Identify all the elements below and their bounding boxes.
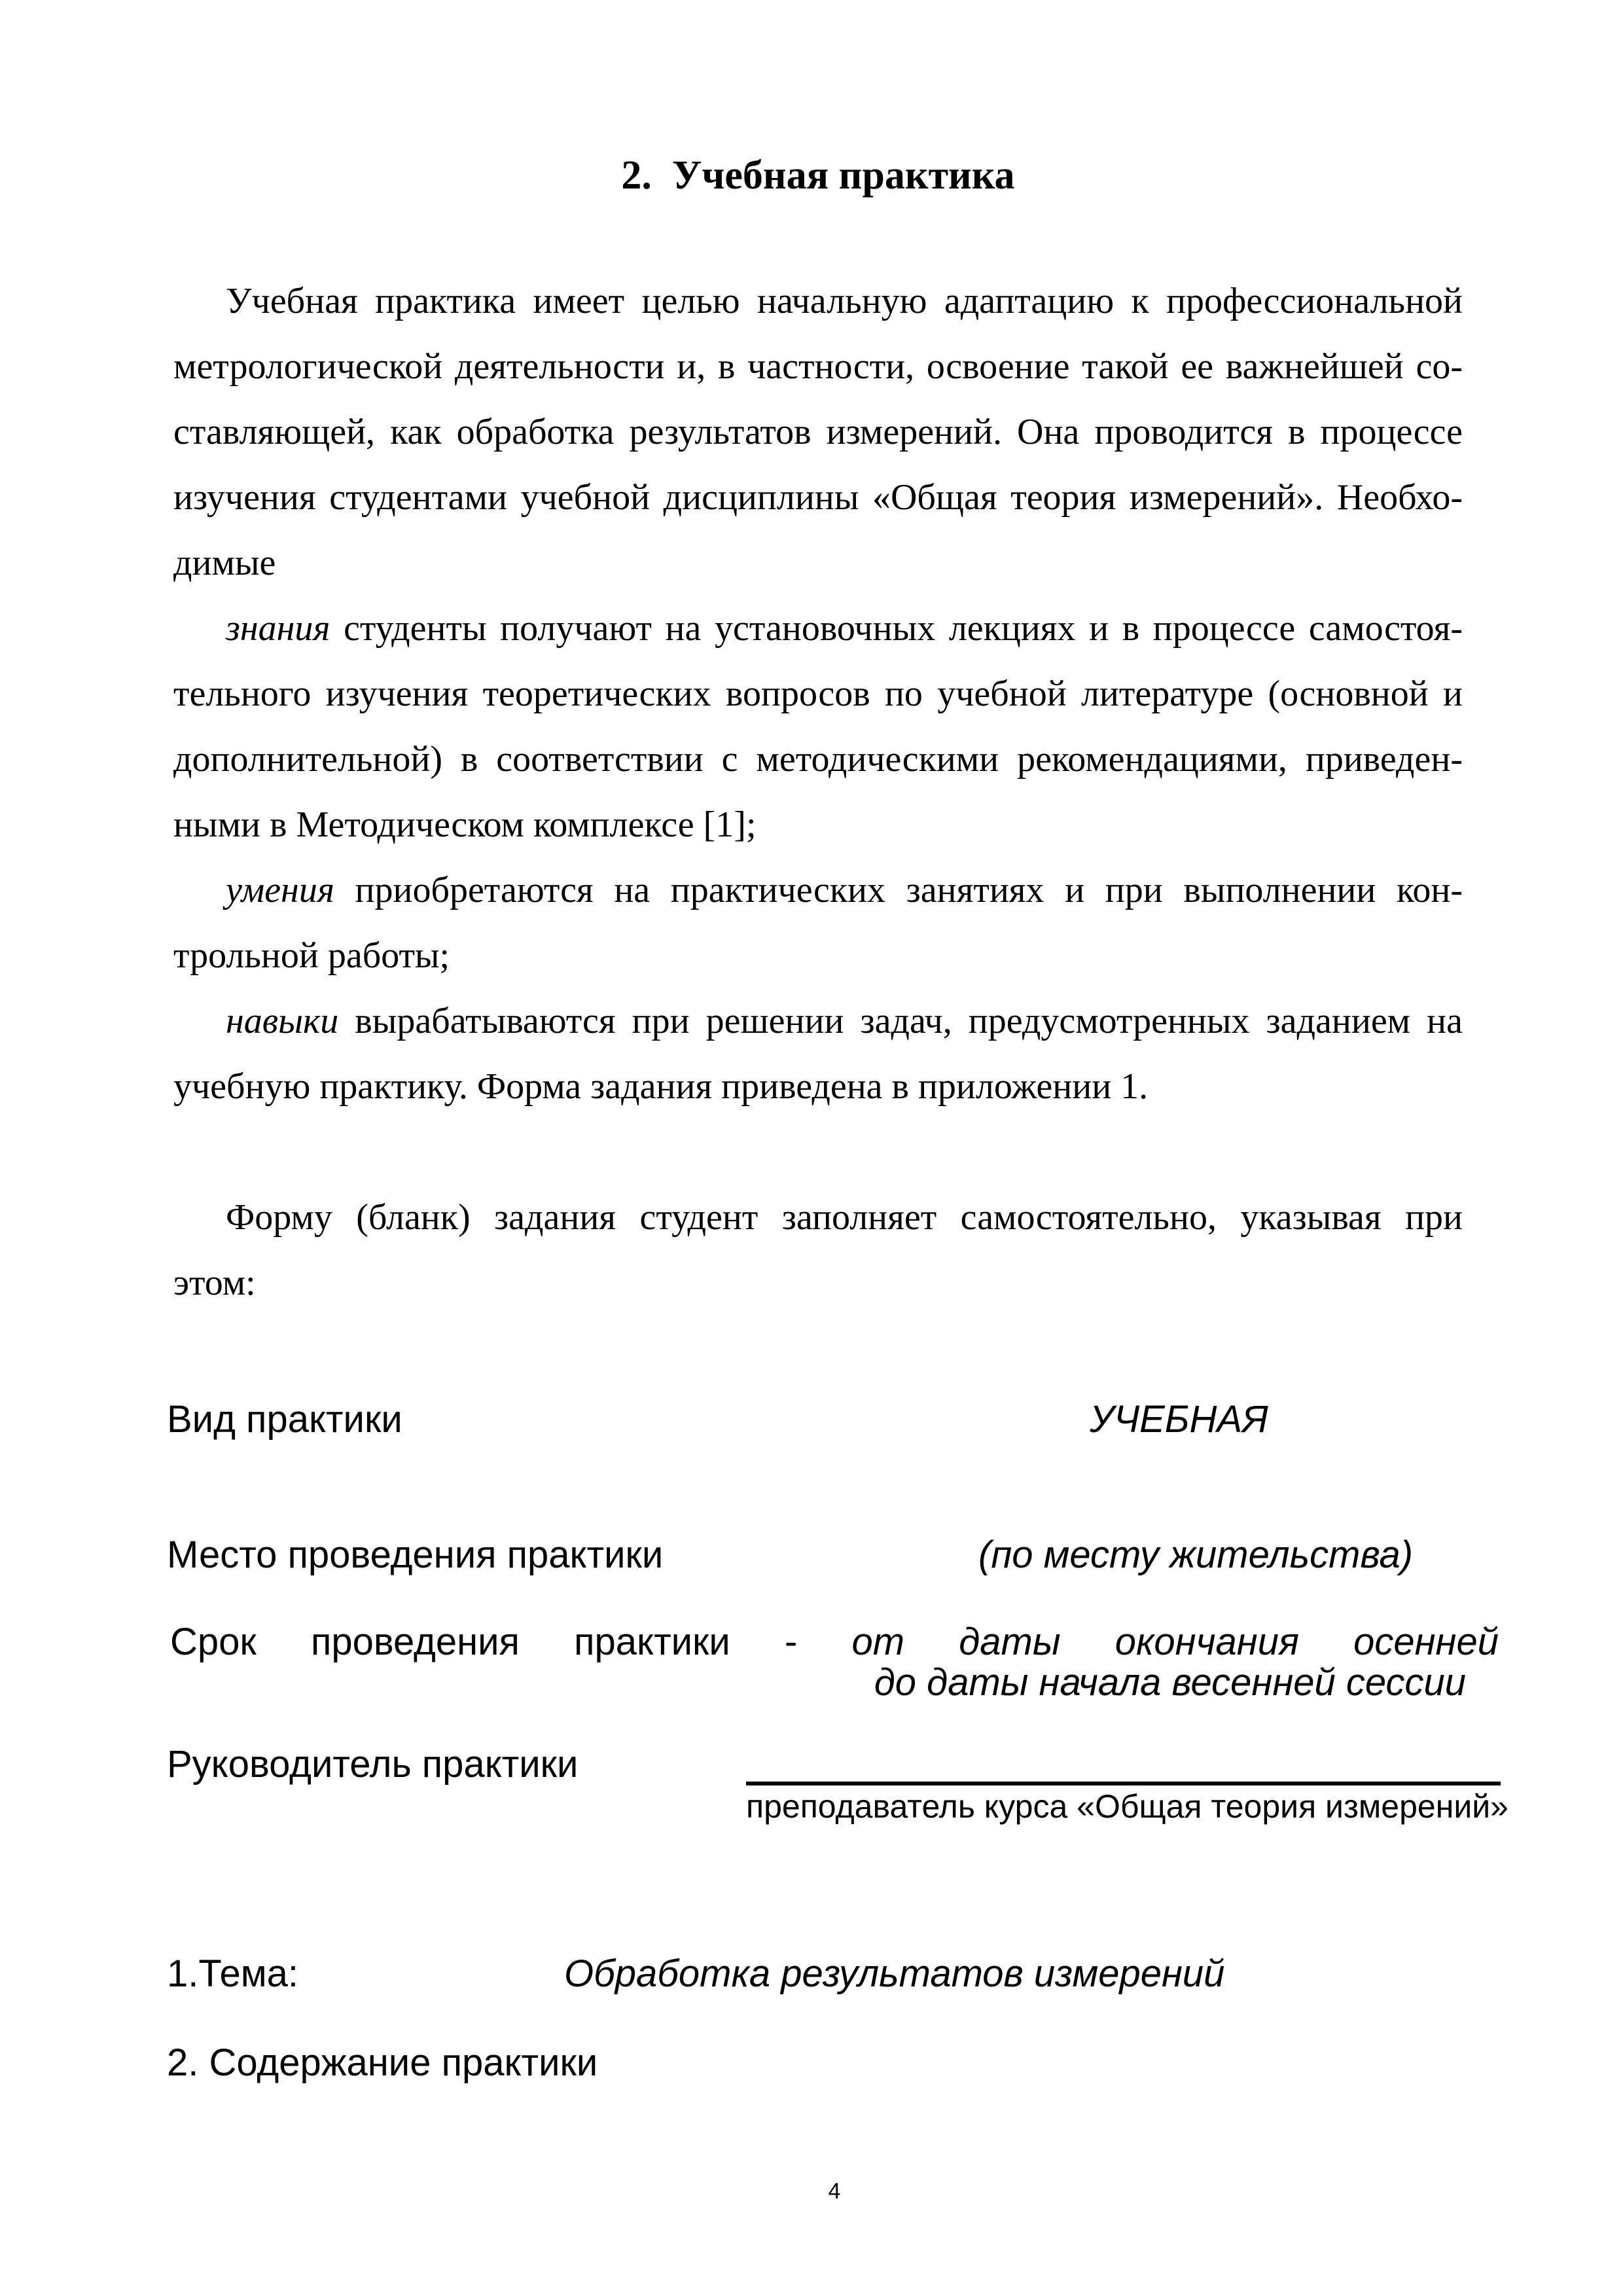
- text-segment: Срок проведения практики -: [170, 1621, 797, 1663]
- body-line: изучения студентами учебной дисциплины «…: [173, 465, 1463, 530]
- body-line: ставляющей, как обработка результатов из…: [173, 399, 1463, 465]
- field-label-practice-place: Место проведения практики: [167, 1535, 663, 1575]
- italic-text-segment: навыки: [226, 1001, 338, 1041]
- body-line: знания студенты получают на установочных…: [173, 596, 1463, 661]
- body-line: дополнительной) в соответствии с методич…: [173, 726, 1463, 792]
- italic-text-segment: умения: [226, 870, 334, 910]
- body-line: Форму (бланк) задания студент заполняет …: [173, 1185, 1463, 1250]
- text-segment: Учебная практика имеет целью начальную а…: [226, 281, 1463, 321]
- field-practice-term-line2: до даты начала весенней сессии: [170, 1662, 1466, 1703]
- section-label-contents: 2. Содержание практики: [167, 2043, 597, 2083]
- italic-text-segment: от даты окончания осенней: [797, 1621, 1499, 1663]
- text-segment: метрологической деятельности и, в частно…: [173, 346, 1463, 387]
- body-text: Учебная практика имеет целью начальную а…: [173, 268, 1463, 1316]
- page-number: 4: [815, 2179, 854, 2204]
- text-segment: приобретаются на практических занятиях и…: [334, 870, 1463, 910]
- body-line: трольной работы;: [173, 923, 1463, 988]
- text-segment: трольной работы;: [173, 935, 450, 976]
- section-value-topic: Обработка результатов измерений: [564, 1954, 1224, 1994]
- signature-line: [746, 1782, 1501, 1785]
- text-segment: Форму (бланк) задания студент заполняет …: [226, 1197, 1463, 1238]
- body-line: учебную практику. Форма задания приведен…: [173, 1054, 1463, 1119]
- body-line: этом:: [173, 1250, 1463, 1316]
- text-segment: димые: [173, 543, 276, 583]
- text-segment: ными в Методическом комплексе [1];: [173, 804, 757, 845]
- body-line: ными в Методическом комплексе [1];: [173, 792, 1463, 857]
- body-line: тельного изучения теоретических вопросов…: [173, 661, 1463, 726]
- body-line: навыки вырабатываются при решении задач,…: [173, 988, 1463, 1054]
- body-line: умения приобретаются на практических зан…: [173, 857, 1463, 923]
- text-segment: дополнительной) в соответствии с методич…: [173, 739, 1463, 780]
- field-label-practice-supervisor: Руководитель практики: [167, 1744, 578, 1785]
- text-segment: тельного изучения теоретических вопросов…: [173, 673, 1463, 714]
- field-value-practice-type: УЧЕБНАЯ: [1090, 1399, 1268, 1440]
- field-label-practice-type: Вид практики: [167, 1399, 402, 1440]
- text-segment: этом:: [173, 1263, 256, 1303]
- paragraph: навыки вырабатываются при решении задач,…: [173, 988, 1463, 1119]
- section-label-topic: 1.Тема:: [167, 1954, 298, 1994]
- paragraph: Форму (бланк) задания студент заполняет …: [173, 1185, 1463, 1316]
- text-segment: студенты получают на установочных лекция…: [330, 608, 1463, 649]
- paragraph: Учебная практика имеет целью начальную а…: [173, 268, 1463, 596]
- document-page: 2. Учебная практика Учебная практика име…: [0, 0, 1623, 2296]
- paragraph: умения приобретаются на практических зан…: [173, 857, 1463, 988]
- body-line: димые: [173, 530, 1463, 596]
- field-value-practice-place: (по месту жительства): [978, 1535, 1413, 1575]
- text-segment: учебную практику. Форма задания приведен…: [173, 1066, 1148, 1107]
- page-title: 2. Учебная практика: [173, 149, 1463, 202]
- italic-text-segment: знания: [226, 608, 330, 649]
- body-line: метрологической деятельности и, в частно…: [173, 334, 1463, 399]
- signature-caption: преподаватель курса «Общая теория измере…: [746, 1788, 1501, 1825]
- body-line: Учебная практика имеет целью начальную а…: [173, 268, 1463, 334]
- text-segment: изучения студентами учебной дисциплины «…: [173, 477, 1463, 518]
- field-practice-term-line1: Срок проведения практики - от даты оконч…: [170, 1622, 1499, 1662]
- text-segment: ставляющей, как обработка результатов из…: [173, 412, 1463, 452]
- text-segment: вырабатываются при решении задач, предус…: [338, 1001, 1463, 1041]
- paragraph: знания студенты получают на установочных…: [173, 596, 1463, 857]
